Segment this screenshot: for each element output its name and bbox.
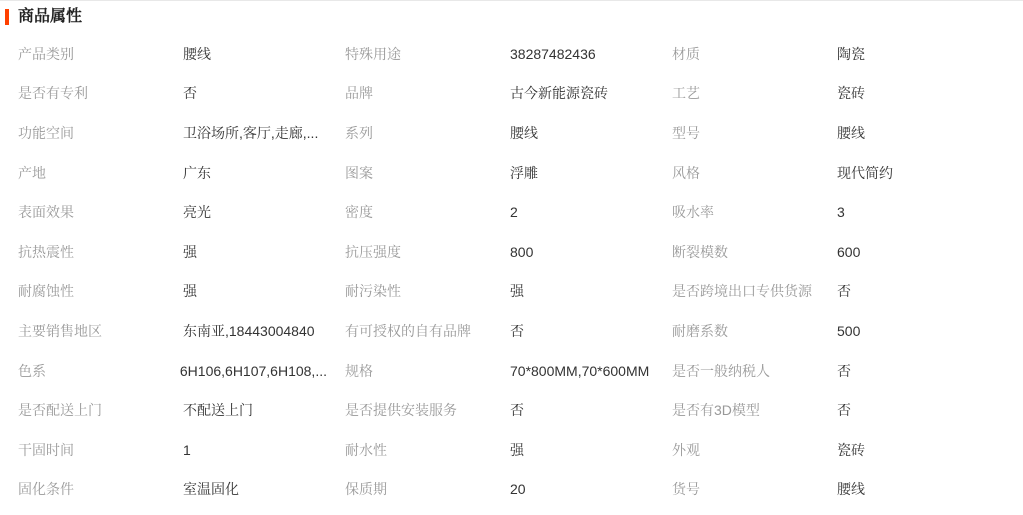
attribute-label: 是否有3D模型 bbox=[654, 400, 837, 420]
attribute-cell: 特殊用途38287482436 bbox=[327, 44, 654, 64]
attribute-cell: 主要销售地区东南亚,18443004840 bbox=[0, 321, 327, 341]
attribute-cell: 是否有专利否 bbox=[0, 83, 327, 103]
attribute-value: 否 bbox=[183, 83, 197, 103]
attribute-cell: 产品类别腰线 bbox=[0, 44, 327, 64]
attribute-label: 产品类别 bbox=[0, 44, 183, 64]
section-title: 商品属性 bbox=[18, 8, 82, 26]
attribute-cell: 材质陶瓷 bbox=[654, 44, 981, 64]
attribute-cell: 抗热震性强 bbox=[0, 242, 327, 262]
attribute-cell: 工艺瓷砖 bbox=[654, 83, 981, 103]
attribute-row: 是否有专利否品牌古今新能源瓷砖工艺瓷砖 bbox=[0, 74, 1023, 114]
attribute-label: 固化条件 bbox=[0, 479, 183, 499]
attribute-value: 否 bbox=[510, 321, 524, 341]
attribute-row: 色系6H106,6H107,6H108,...规格70*800MM,70*600… bbox=[0, 351, 1023, 391]
attribute-row: 是否配送上门不配送上门是否提供安装服务否是否有3D模型否 bbox=[0, 390, 1023, 430]
attribute-cell: 表面效果亮光 bbox=[0, 202, 327, 222]
attribute-label: 主要销售地区 bbox=[0, 321, 183, 341]
attribute-row: 功能空间卫浴场所,客厅,走廊,...系列腰线型号腰线 bbox=[0, 113, 1023, 153]
attribute-value: 现代简约 bbox=[837, 163, 893, 183]
attribute-value: 强 bbox=[510, 440, 524, 460]
attribute-value: 强 bbox=[183, 281, 197, 301]
attribute-label: 耐水性 bbox=[327, 440, 510, 460]
attribute-label: 是否跨境出口专供货源 bbox=[654, 281, 837, 301]
attribute-cell: 图案浮雕 bbox=[327, 163, 654, 183]
attribute-label: 工艺 bbox=[654, 83, 837, 103]
attribute-cell: 功能空间卫浴场所,客厅,走廊,... bbox=[0, 123, 327, 143]
attribute-value: 浮雕 bbox=[510, 163, 538, 183]
attribute-label: 是否有专利 bbox=[0, 83, 183, 103]
attribute-value: 1 bbox=[183, 442, 191, 458]
attribute-label: 货号 bbox=[654, 479, 837, 499]
attribute-value: 腰线 bbox=[837, 479, 865, 499]
attribute-label: 是否提供安装服务 bbox=[327, 400, 510, 420]
attribute-label: 有可授权的自有品牌 bbox=[327, 321, 510, 341]
attribute-value: 800 bbox=[510, 244, 533, 260]
attribute-label: 耐污染性 bbox=[327, 281, 510, 301]
attribute-cell: 耐污染性强 bbox=[327, 281, 654, 301]
attribute-cell: 是否一般纳税人否 bbox=[654, 361, 981, 381]
attribute-value: 古今新能源瓷砖 bbox=[510, 83, 608, 103]
attribute-value: 腰线 bbox=[837, 123, 865, 143]
attribute-row: 产地广东图案浮雕风格现代简约 bbox=[0, 153, 1023, 193]
attribute-value: 6H106,6H107,6H108,... bbox=[180, 363, 327, 379]
attribute-row: 耐腐蚀性强耐污染性强是否跨境出口专供货源否 bbox=[0, 272, 1023, 312]
attribute-value: 500 bbox=[837, 323, 860, 339]
attribute-label: 系列 bbox=[327, 123, 510, 143]
attribute-value: 600 bbox=[837, 244, 860, 260]
attribute-value: 室温固化 bbox=[183, 479, 239, 499]
attribute-cell: 固化条件室温固化 bbox=[0, 479, 327, 499]
accent-bar bbox=[5, 9, 9, 25]
attribute-label: 断裂模数 bbox=[654, 242, 837, 262]
attribute-value: 东南亚,18443004840 bbox=[183, 321, 315, 341]
attribute-label: 密度 bbox=[327, 202, 510, 222]
attribute-cell: 保质期20 bbox=[327, 479, 654, 499]
attribute-label: 特殊用途 bbox=[327, 44, 510, 64]
attribute-value: 2 bbox=[510, 204, 518, 220]
attribute-value: 3 bbox=[837, 204, 845, 220]
attribute-label: 产地 bbox=[0, 163, 183, 183]
attribute-label: 规格 bbox=[327, 361, 510, 381]
attribute-row: 抗热震性强抗压强度800断裂模数600 bbox=[0, 232, 1023, 272]
attribute-row: 固化条件室温固化保质期20货号腰线 bbox=[0, 470, 1023, 510]
attribute-label: 干固时间 bbox=[0, 440, 183, 460]
attribute-cell: 抗压强度800 bbox=[327, 242, 654, 262]
attribute-label: 耐腐蚀性 bbox=[0, 281, 183, 301]
attribute-cell: 型号腰线 bbox=[654, 123, 981, 143]
attribute-value: 70*800MM,70*600MM bbox=[510, 363, 649, 379]
attribute-row: 主要销售地区东南亚,18443004840有可授权的自有品牌否耐磨系数500 bbox=[0, 311, 1023, 351]
attribute-label: 保质期 bbox=[327, 479, 510, 499]
attribute-cell: 有可授权的自有品牌否 bbox=[327, 321, 654, 341]
attribute-label: 功能空间 bbox=[0, 123, 183, 143]
attribute-row: 产品类别腰线特殊用途38287482436材质陶瓷 bbox=[0, 34, 1023, 74]
attribute-value: 不配送上门 bbox=[183, 400, 253, 420]
section-header: 商品属性 bbox=[0, 1, 1023, 34]
attribute-label: 是否配送上门 bbox=[0, 400, 183, 420]
attribute-cell: 干固时间1 bbox=[0, 440, 327, 460]
attribute-cell: 耐磨系数500 bbox=[654, 321, 981, 341]
attribute-label: 耐磨系数 bbox=[654, 321, 837, 341]
attribute-value: 腰线 bbox=[510, 123, 538, 143]
attribute-label: 材质 bbox=[654, 44, 837, 64]
attribute-row: 干固时间1耐水性强外观瓷砖 bbox=[0, 430, 1023, 470]
attribute-value: 38287482436 bbox=[510, 46, 596, 62]
attribute-cell: 系列腰线 bbox=[327, 123, 654, 143]
attribute-label: 型号 bbox=[654, 123, 837, 143]
attribute-cell: 耐腐蚀性强 bbox=[0, 281, 327, 301]
attribute-label: 吸水率 bbox=[654, 202, 837, 222]
attribute-cell: 是否有3D模型否 bbox=[654, 400, 981, 420]
attribute-cell: 规格70*800MM,70*600MM bbox=[327, 361, 654, 381]
attribute-cell: 吸水率3 bbox=[654, 202, 981, 222]
attribute-cell: 货号腰线 bbox=[654, 479, 981, 499]
attribute-value: 亮光 bbox=[183, 202, 211, 222]
attribute-cell: 密度2 bbox=[327, 202, 654, 222]
attribute-cell: 产地广东 bbox=[0, 163, 327, 183]
attribute-value: 20 bbox=[510, 481, 526, 497]
attribute-label: 表面效果 bbox=[0, 202, 183, 222]
attribute-cell: 是否提供安装服务否 bbox=[327, 400, 654, 420]
attribute-value: 广东 bbox=[183, 163, 211, 183]
attribute-label: 是否一般纳税人 bbox=[654, 361, 837, 381]
attribute-cell: 耐水性强 bbox=[327, 440, 654, 460]
attribute-cell: 品牌古今新能源瓷砖 bbox=[327, 83, 654, 103]
attribute-cell: 色系6H106,6H107,6H108,... bbox=[0, 361, 327, 381]
attribute-value: 陶瓷 bbox=[837, 44, 865, 64]
attribute-label: 抗压强度 bbox=[327, 242, 510, 262]
attribute-cell: 外观瓷砖 bbox=[654, 440, 981, 460]
attribute-label: 抗热震性 bbox=[0, 242, 183, 262]
attribute-value: 强 bbox=[510, 281, 524, 301]
attribute-value: 否 bbox=[837, 400, 851, 420]
attribute-value: 否 bbox=[510, 400, 524, 420]
attribute-label: 风格 bbox=[654, 163, 837, 183]
product-attributes-panel: 商品属性 产品类别腰线特殊用途38287482436材质陶瓷是否有专利否品牌古今… bbox=[0, 0, 1023, 509]
attribute-cell: 是否跨境出口专供货源否 bbox=[654, 281, 981, 301]
attribute-cell: 断裂模数600 bbox=[654, 242, 981, 262]
attribute-value: 瓷砖 bbox=[837, 440, 865, 460]
attribute-label: 外观 bbox=[654, 440, 837, 460]
attribute-label: 色系 bbox=[0, 361, 180, 381]
attribute-cell: 风格现代简约 bbox=[654, 163, 981, 183]
attribute-label: 品牌 bbox=[327, 83, 510, 103]
attribute-label: 图案 bbox=[327, 163, 510, 183]
attribute-value: 否 bbox=[837, 281, 851, 301]
attribute-cell: 是否配送上门不配送上门 bbox=[0, 400, 327, 420]
attribute-value: 瓷砖 bbox=[837, 83, 865, 103]
attribute-value: 卫浴场所,客厅,走廊,... bbox=[183, 123, 318, 143]
attribute-value: 否 bbox=[837, 361, 851, 381]
attribute-value: 腰线 bbox=[183, 44, 211, 64]
attributes-table: 产品类别腰线特殊用途38287482436材质陶瓷是否有专利否品牌古今新能源瓷砖… bbox=[0, 34, 1023, 509]
attribute-row: 表面效果亮光密度2吸水率3 bbox=[0, 192, 1023, 232]
attribute-value: 强 bbox=[183, 242, 197, 262]
